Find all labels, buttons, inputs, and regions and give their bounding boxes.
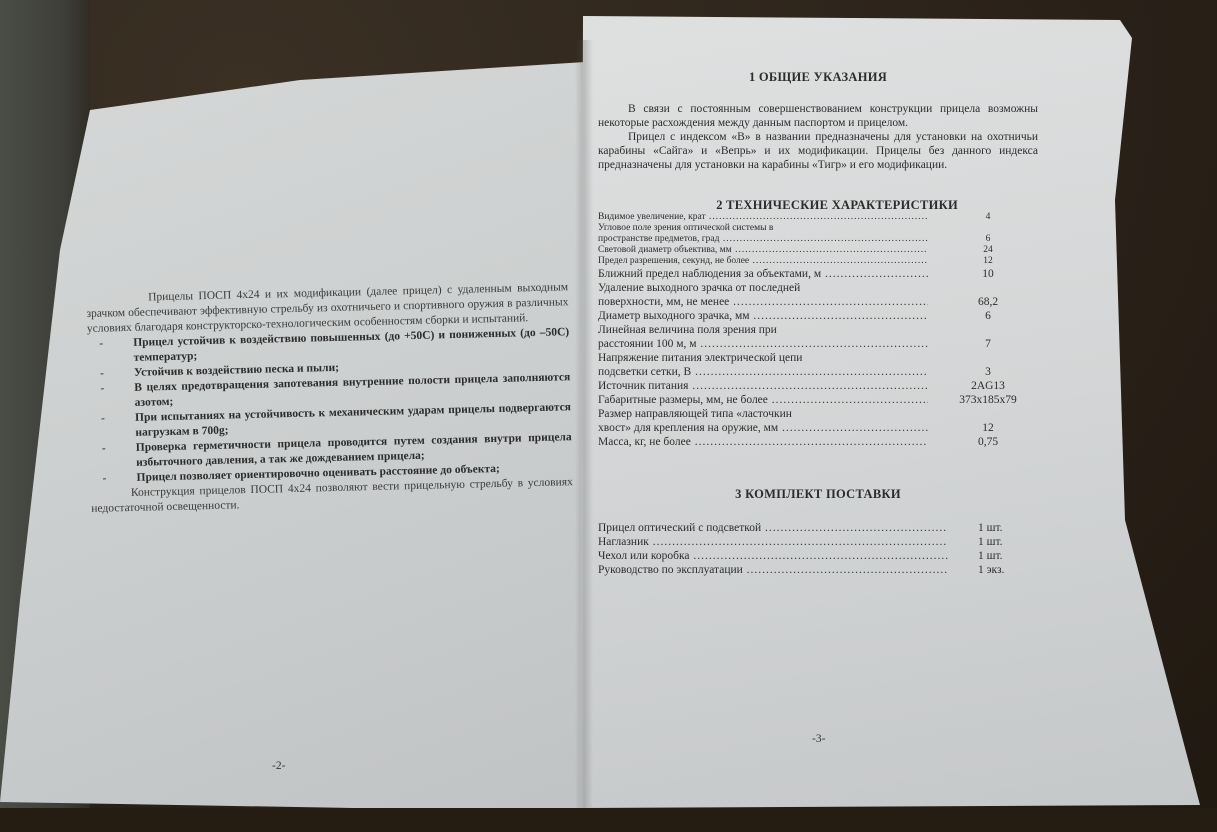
- right-page-content: 1 ОБЩИЕ УКАЗАНИЯ В связи с постоянным со…: [598, 70, 1038, 577]
- spec-label: Удаление выходного зрачка от последней: [598, 281, 928, 295]
- bullet-dash: -: [99, 337, 103, 352]
- spec-label: хвост» для крепления на оружие, мм: [598, 421, 928, 435]
- spec-value: 373x185x79: [928, 393, 1038, 407]
- spec-value: 6: [928, 234, 1038, 245]
- kit-item: Наглазник1 шт.: [598, 535, 1038, 549]
- kit-item: Руководство по эксплуатации1 экз.: [598, 563, 1038, 577]
- spec-label: Источник питания: [598, 379, 928, 393]
- kit-item-quantity: 1 шт.: [948, 521, 1038, 535]
- spec-value: 6: [928, 309, 1038, 323]
- spec-row: Источник питания2AG13: [598, 379, 1038, 393]
- left-page-content: Прицелы ПОСП 4х24 и их модификации (дале…: [86, 280, 573, 517]
- spec-row: Напряжение питания электрической цепи: [598, 351, 1038, 365]
- spec-label: Предел разрешения, секунд, не более: [598, 256, 928, 267]
- bullet-dash: -: [101, 412, 105, 427]
- spec-label: Диаметр выходного зрачка, мм: [598, 309, 928, 323]
- section-1-paragraph: Прицел с индексом «В» в названии предназ…: [598, 130, 1038, 172]
- spec-label: Ближний предел наблюдения за объектами, …: [598, 267, 928, 281]
- bullet-dash: -: [100, 382, 104, 397]
- spec-label: пространстве предметов, град: [598, 234, 928, 245]
- section-2-title: 2 ТЕХНИЧЕСКИЕ ХАРАКТЕРИСТИКИ: [598, 198, 1038, 212]
- spec-label: Напряжение питания электрической цепи: [598, 351, 928, 365]
- spec-label: Размер направляющей типа «ласточкин: [598, 407, 928, 421]
- spec-list: Видимое увеличение, крат4Угловое поле зр…: [598, 212, 1038, 449]
- spec-row: Предел разрешения, секунд, не более12: [598, 256, 1038, 267]
- spec-row: хвост» для крепления на оружие, мм12: [598, 421, 1038, 435]
- kit-item-label: Руководство по эксплуатации: [598, 563, 948, 577]
- spec-label: Видимое увеличение, крат: [598, 212, 928, 223]
- spec-value: 3: [928, 365, 1038, 379]
- delivery-kit-section: 3 КОМПЛЕКТ ПОСТАВКИ Прицел оптический с …: [598, 487, 1038, 577]
- spec-label: Габаритные размеры, мм, не более: [598, 393, 928, 407]
- spec-label: Линейная величина поля зрения при: [598, 323, 928, 337]
- spec-label: Угловое поле зрения оптической системы в: [598, 223, 928, 234]
- kit-item-quantity: 1 экз.: [948, 563, 1038, 577]
- spec-value: 12: [928, 421, 1038, 435]
- spec-label: Световой диаметр объектива, мм: [598, 245, 928, 256]
- spec-value: 24: [928, 245, 1038, 256]
- spec-label: поверхности, мм, не менее: [598, 295, 928, 309]
- spec-row: Видимое увеличение, крат4: [598, 212, 1038, 223]
- spec-value: 68,2: [928, 295, 1038, 309]
- spec-value: 12: [928, 256, 1038, 267]
- spec-label: подсветки сетки, В: [598, 365, 928, 379]
- spec-row: пространстве предметов, град6: [598, 234, 1038, 245]
- page-number-left: -2-: [272, 760, 285, 772]
- kit-item-label: Чехол или коробка: [598, 549, 948, 563]
- kit-item: Прицел оптический с подсветкой1 шт.: [598, 521, 1038, 535]
- bullet-dash: -: [102, 442, 106, 457]
- spec-value: 10: [928, 267, 1038, 281]
- spec-row: Угловое поле зрения оптической системы в: [598, 223, 1038, 234]
- spec-row: Линейная величина поля зрения при: [598, 323, 1038, 337]
- kit-item-quantity: 1 шт.: [948, 549, 1038, 563]
- section-3-title: 3 КОМПЛЕКТ ПОСТАВКИ: [598, 487, 1038, 501]
- specifications-section: 2 ТЕХНИЧЕСКИЕ ХАРАКТЕРИСТИКИ Видимое уве…: [598, 198, 1038, 449]
- spec-value: 0,75: [928, 435, 1038, 449]
- bullet-dash: -: [102, 472, 106, 487]
- table-surface: [0, 808, 1217, 832]
- spec-row: подсветки сетки, В3: [598, 365, 1038, 379]
- spec-value: 4: [928, 212, 1038, 223]
- spec-row: Габаритные размеры, мм, не более373x185x…: [598, 393, 1038, 407]
- spec-value: 2AG13: [928, 379, 1038, 393]
- kit-item-quantity: 1 шт.: [948, 535, 1038, 549]
- spec-row: Размер направляющей типа «ласточкин: [598, 407, 1038, 421]
- spec-row: поверхности, мм, не менее68,2: [598, 295, 1038, 309]
- spec-row: Масса, кг, не более0,75: [598, 435, 1038, 449]
- section-1-title: 1 ОБЩИЕ УКАЗАНИЯ: [598, 70, 1038, 84]
- kit-item-label: Наглазник: [598, 535, 948, 549]
- spec-label: расстоянии 100 м, м: [598, 337, 928, 351]
- spec-row: Световой диаметр объектива, мм24: [598, 245, 1038, 256]
- features-list: -Прицел устойчив к воздействию повышенны…: [87, 325, 573, 487]
- spec-row: Ближний предел наблюдения за объектами, …: [598, 267, 1038, 281]
- spec-label: Масса, кг, не более: [598, 435, 928, 449]
- spec-row: расстоянии 100 м, м7: [598, 337, 1038, 351]
- bullet-dash: -: [100, 367, 104, 382]
- page-number-right: -3-: [812, 733, 825, 745]
- section-1-paragraph: В связи с постоянным совершенствованием …: [598, 102, 1038, 130]
- spec-row: Диаметр выходного зрачка, мм6: [598, 309, 1038, 323]
- spec-value: 7: [928, 337, 1038, 351]
- kit-item: Чехол или коробка1 шт.: [598, 549, 1038, 563]
- booklet-spine: [575, 40, 593, 810]
- kit-list: Прицел оптический с подсветкой1 шт.Нагла…: [598, 521, 1038, 577]
- kit-item-label: Прицел оптический с подсветкой: [598, 521, 948, 535]
- spec-row: Удаление выходного зрачка от последней: [598, 281, 1038, 295]
